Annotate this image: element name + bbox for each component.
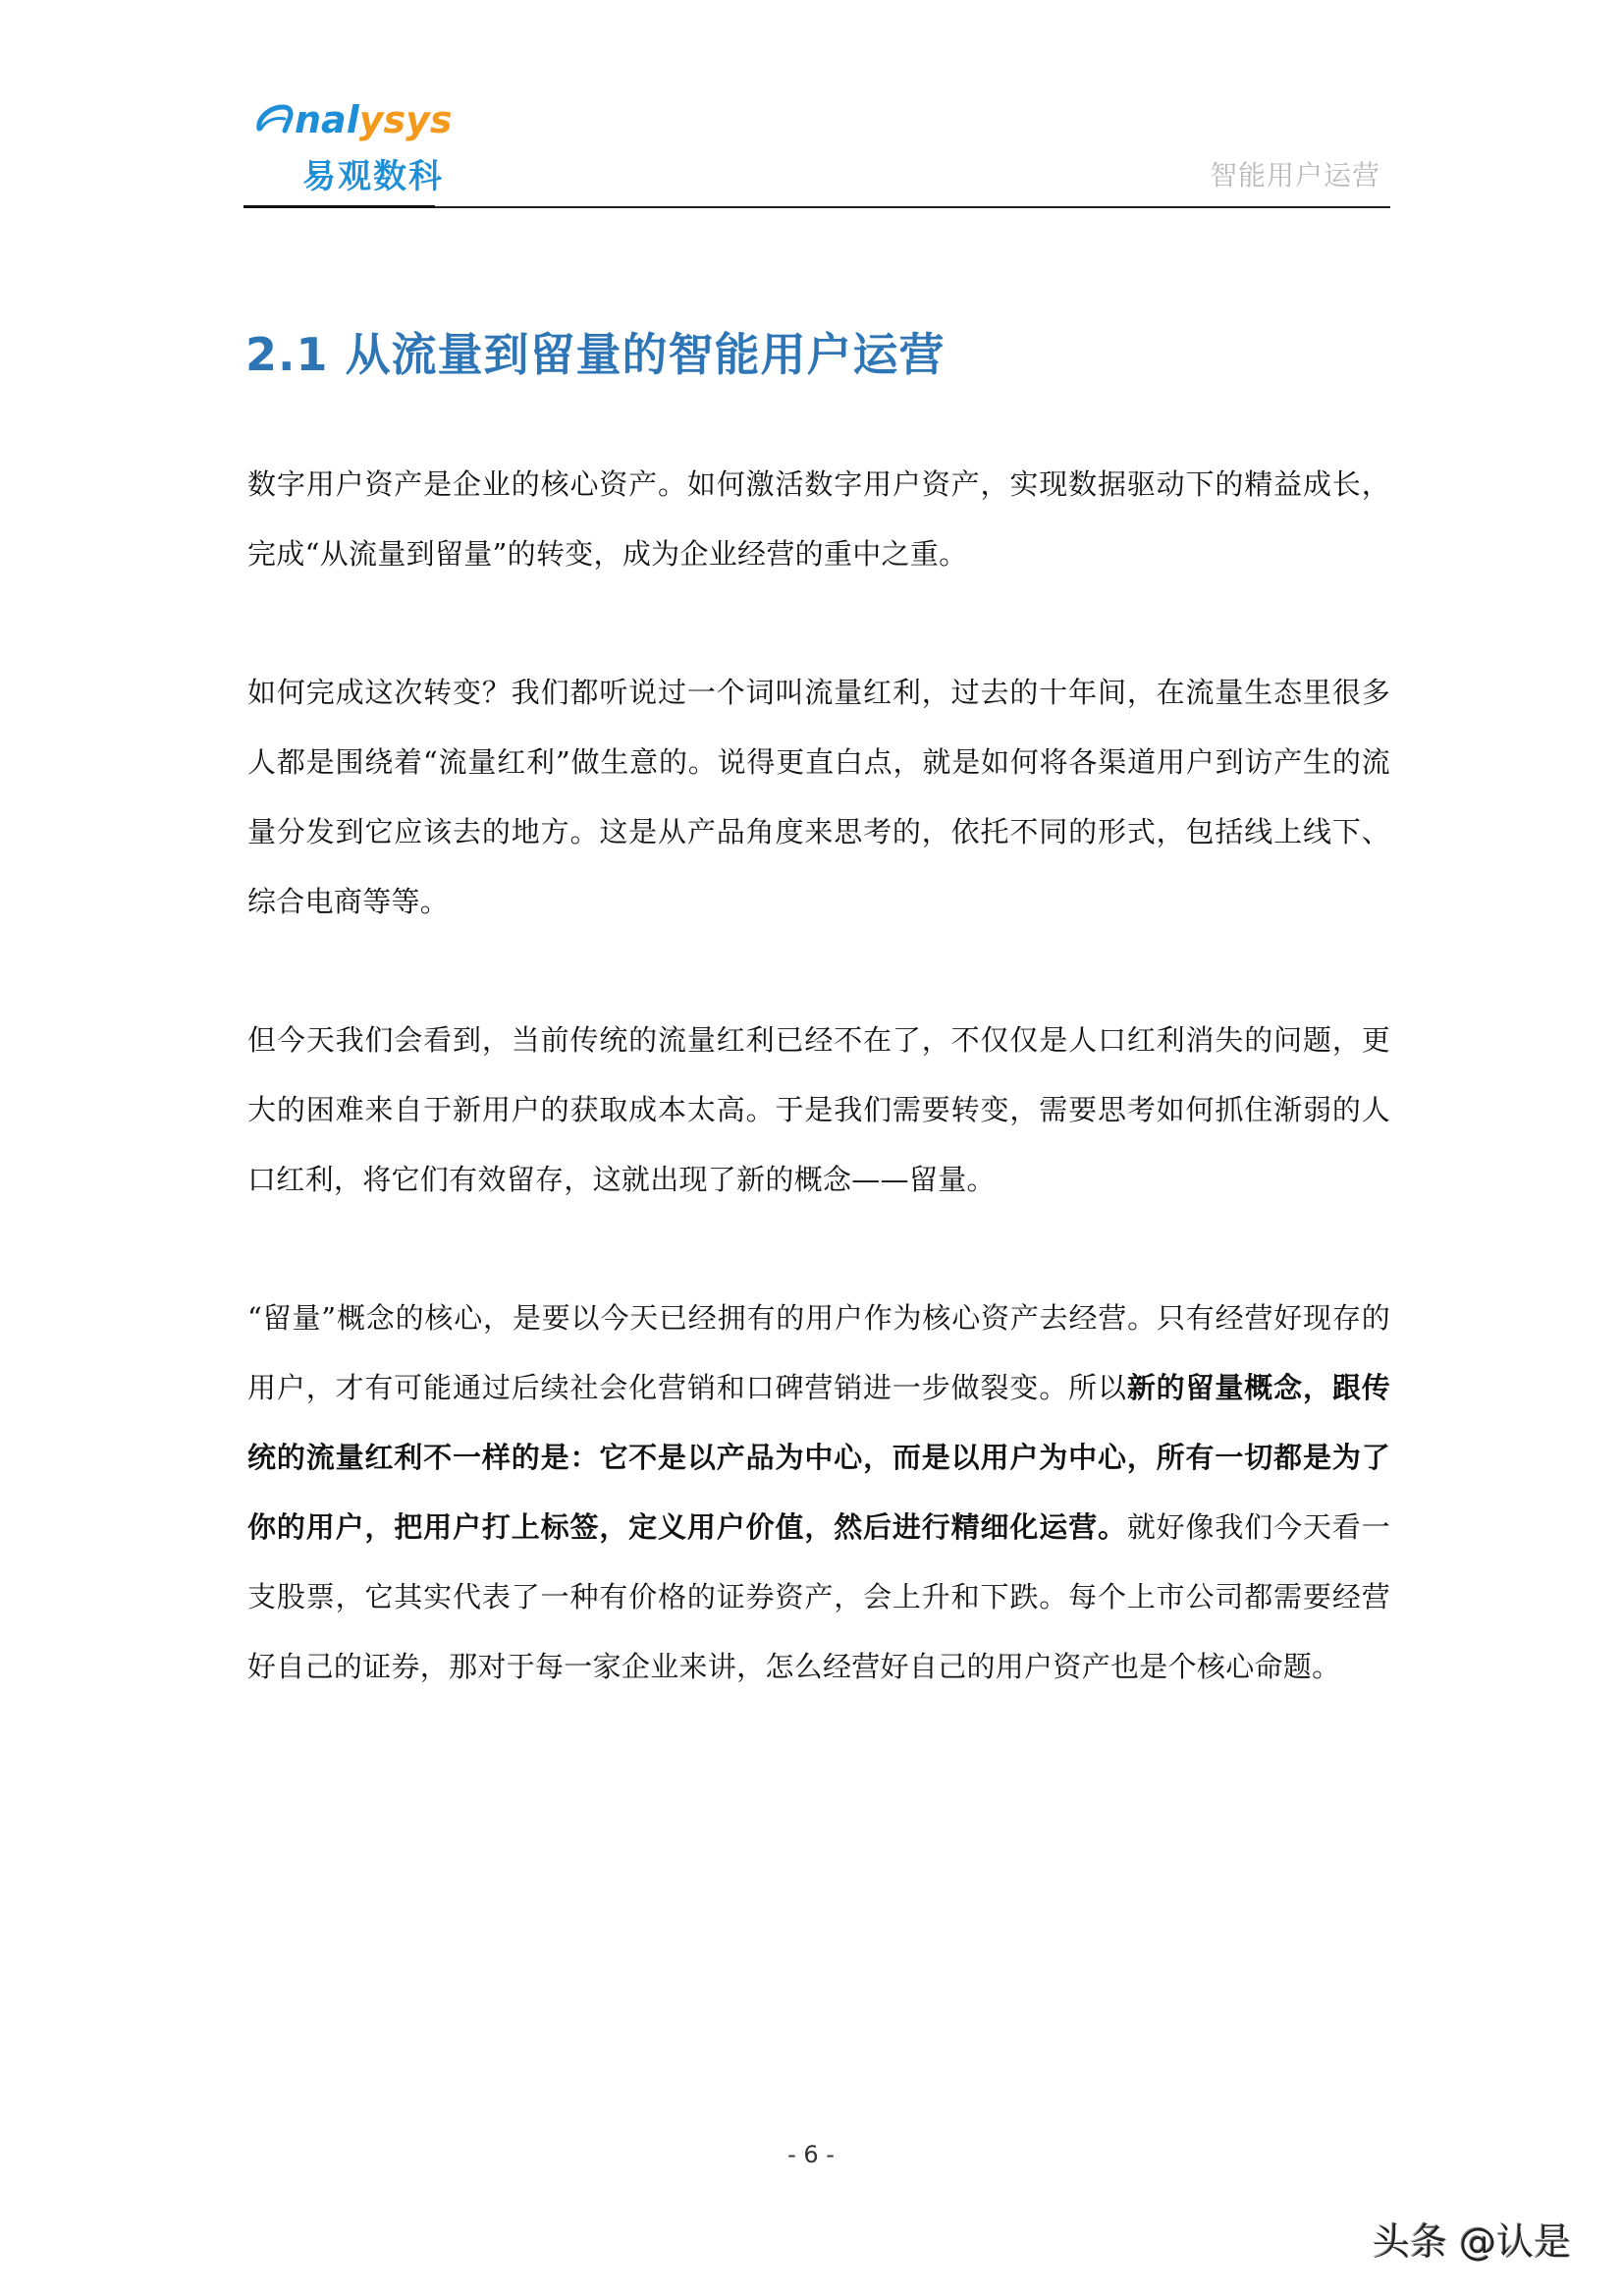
page-header: nalysys 易观数科 智能用户运营 <box>243 93 1390 211</box>
page-number: - 6 - <box>0 2141 1622 2168</box>
paragraph-3: 但今天我们会看到，当前传统的流量红利已经不在了，不仅仅是人口红利消失的问题，更大… <box>247 1006 1390 1215</box>
analysys-logo: nalysys 易观数科 <box>255 98 471 196</box>
logo-wordmark: nalysys <box>255 98 453 141</box>
logo-word-blue: nal <box>295 98 359 141</box>
section-heading: 2.1 从流量到留量的智能用户运营 <box>245 319 946 384</box>
header-divider-thick <box>243 205 435 208</box>
header-section-title: 智能用户运营 <box>1210 154 1380 193</box>
logo-word-orange: ysys <box>359 98 453 141</box>
paragraph-2: 如何完成这次转变？我们都听说过一个词叫流量红利，过去的十年间，在流量生态里很多人… <box>247 658 1390 937</box>
header-divider <box>435 206 1390 208</box>
paragraph-1: 数字用户资产是企业的核心资产。如何激活数字用户资产，实现数据驱动下的精益成长，完… <box>247 450 1390 589</box>
paragraph-4: “留量”概念的核心，是要以今天已经拥有的用户作为核心资产去经营。只有经营好现存的… <box>247 1284 1390 1702</box>
logo-chinese-name: 易观数科 <box>302 149 444 197</box>
watermark: 头条 @认是 <box>1373 2212 1571 2266</box>
logo-swoosh-icon <box>255 99 295 138</box>
